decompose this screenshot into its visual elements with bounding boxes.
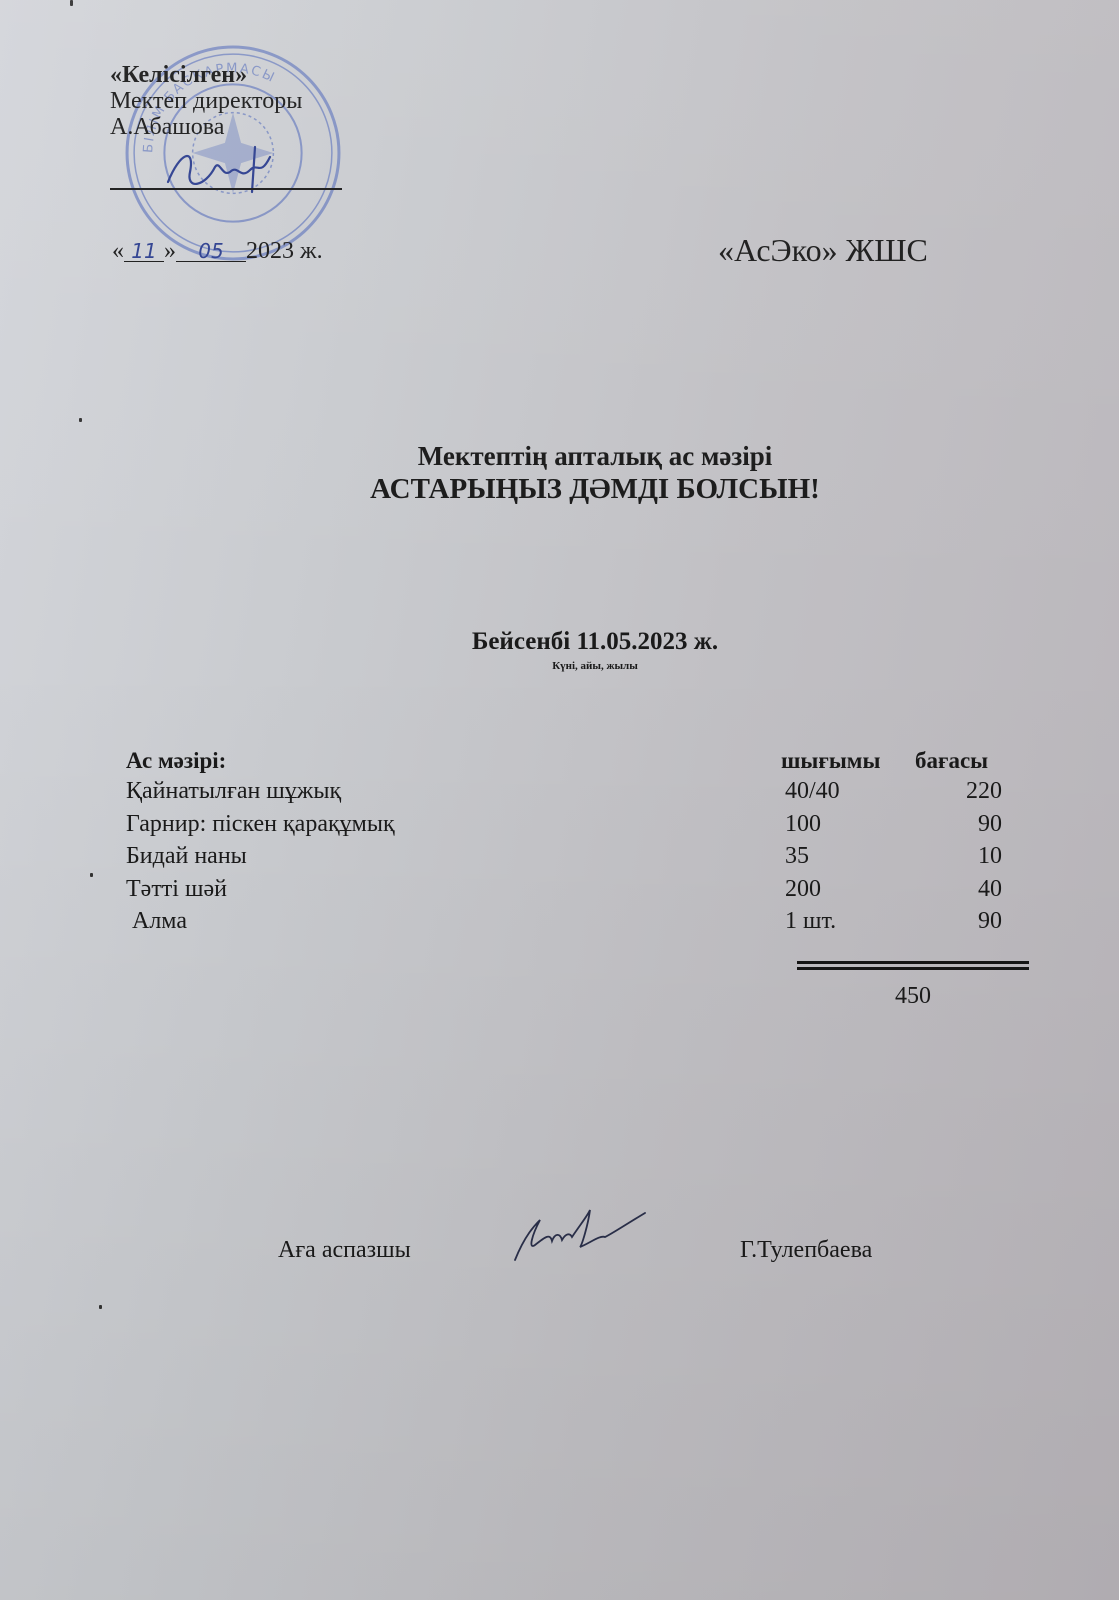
director-position: Мектеп директоры — [110, 88, 302, 114]
paper-speck — [99, 1305, 102, 1309]
document-page: БІЛІМ БАСҚАРМАСЫ «Келісілген» Мектеп дир… — [0, 0, 1119, 1600]
header-yield: шығымы — [781, 748, 880, 774]
paper-speck — [70, 0, 73, 6]
approval-label: «Келісілген» — [110, 62, 302, 88]
date-month-field: 05 — [176, 241, 246, 262]
menu-day: Бейсенбі 11.05.2023 ж. — [0, 628, 1119, 656]
header-menu: Ас мәзірі: — [126, 748, 226, 774]
menu-item-name: Алма — [126, 908, 187, 935]
menu-item-yield: 100 — [785, 811, 821, 838]
menu-item-name: Тәтті шәй — [126, 876, 227, 903]
menu-day-caption: Күні, айы, жылы — [0, 660, 1119, 672]
cook-title: Аға аспазшы — [278, 1237, 411, 1264]
director-name: А.Абашова — [110, 114, 302, 140]
menu-item-price: 40 — [900, 876, 1002, 903]
menu-item-price: 90 — [900, 811, 1002, 838]
document-subtitle: АСТАРЫҢЫЗ ДӘМДІ БОЛСЫН! — [0, 473, 1119, 506]
header-price: бағасы — [915, 748, 988, 774]
quote-close: » — [164, 238, 176, 264]
date-year: 2023 ж. — [246, 238, 323, 264]
menu-item-name: Қайнатылған шұжық — [126, 778, 341, 805]
paper-speck — [90, 873, 93, 877]
menu-item-yield: 1 шт. — [785, 908, 836, 935]
signature-line — [110, 188, 342, 190]
menu-item-name: Гарнир: піскен қарақұмық — [126, 811, 395, 838]
paper-speck — [79, 418, 82, 422]
cook-name: Г.Тулепбаева — [740, 1237, 872, 1264]
cook-signature-icon — [510, 1205, 650, 1265]
menu-item-price: 220 — [900, 778, 1002, 805]
date-day-field: 11 — [124, 241, 164, 262]
approval-block: «Келісілген» Мектеп директоры А.Абашова — [110, 62, 302, 140]
menu-item-yield: 200 — [785, 876, 821, 903]
company-name: «АсЭко» ЖШС — [718, 232, 928, 269]
menu-total: 450 — [895, 983, 931, 1010]
approval-date: «11»052023 ж. — [112, 238, 323, 265]
menu-item-yield: 40/40 — [785, 778, 840, 805]
quote-open: « — [112, 238, 124, 264]
menu-item-yield: 35 — [785, 843, 809, 870]
total-double-rule — [797, 961, 1029, 970]
menu-item-name: Бидай наны — [126, 843, 247, 870]
document-title: Мектептің апталық ас мәзірі — [0, 441, 1119, 472]
menu-item-price: 10 — [900, 843, 1002, 870]
menu-item-price: 90 — [900, 908, 1002, 935]
